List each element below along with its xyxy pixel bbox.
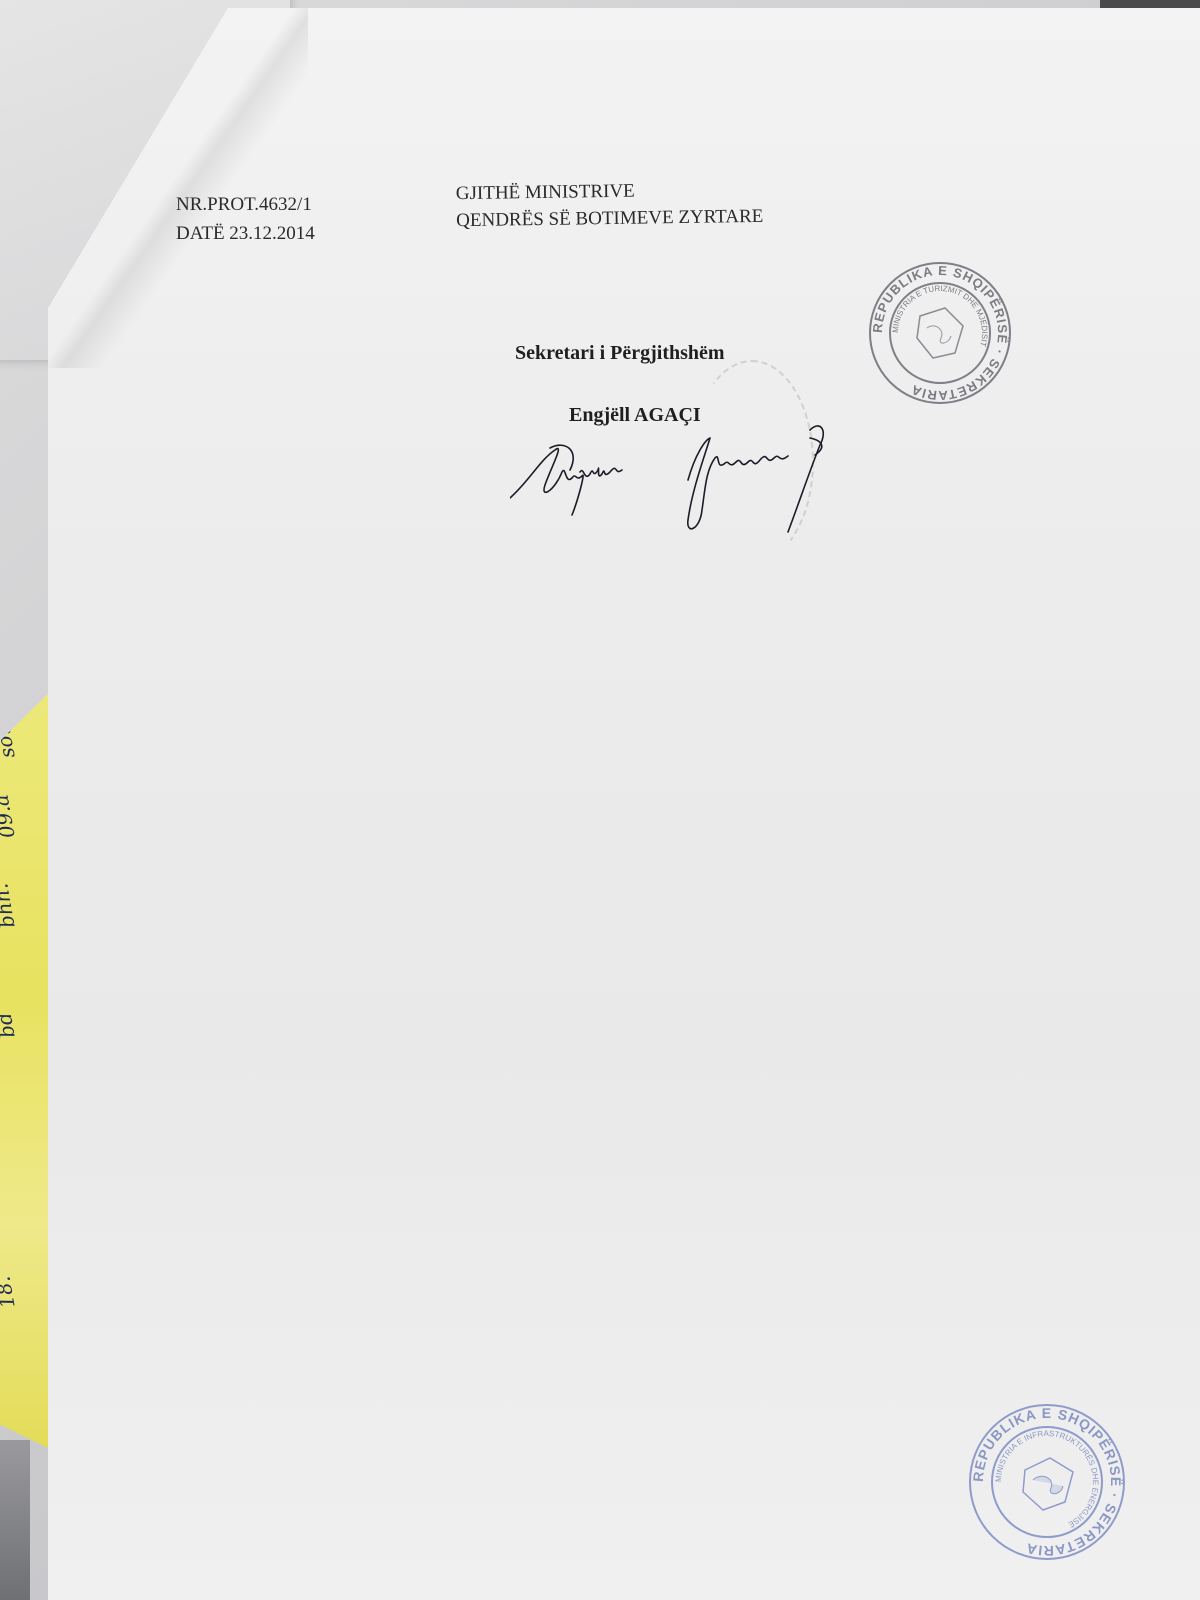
background-object bbox=[0, 1440, 30, 1600]
sticky-note-scrawl: 09.a bbox=[0, 796, 20, 840]
stamp-inner-text: MINISTRIA E TURIZMIT DHE MJEDISIT bbox=[891, 284, 989, 348]
sticky-note-scrawl: bhh. bbox=[0, 886, 20, 930]
signatory-block: Sekretari i Përgjithshëm Engjëll AGAÇI bbox=[515, 342, 725, 365]
sticky-note: sou. 09.a bhh. bd 18. bbox=[0, 690, 52, 1450]
sticky-note-scrawl: 18. bbox=[0, 1266, 20, 1310]
recipients-block: GJITHË MINISTRIVE QENDRËS SË BOTIMEVE ZY… bbox=[456, 176, 764, 234]
protocol-block: NR.PROT.4632/1 DATË 23.12.2014 bbox=[176, 190, 315, 248]
recipient: GJITHË MINISTRIVE bbox=[456, 176, 763, 207]
svg-text:MINISTRIA E TURIZMIT DHE MJEDI: MINISTRIA E TURIZMIT DHE MJEDISIT bbox=[891, 284, 989, 348]
coat-of-arms-icon bbox=[1023, 1458, 1073, 1510]
handwritten-signature bbox=[510, 410, 850, 550]
signatory-title: Sekretari i Përgjithshëm bbox=[515, 342, 725, 365]
sticky-note-scrawl: bd bbox=[0, 996, 20, 1040]
recipient: QENDRËS SË BOTIMEVE ZYRTARE bbox=[456, 203, 763, 234]
official-stamp-tourism: REPUBLIKA E SHQIPËRISË · SEKRETARIA MINI… bbox=[865, 258, 1015, 408]
document-date: DATË 23.12.2014 bbox=[176, 219, 315, 248]
protocol-number: NR.PROT.4632/1 bbox=[176, 190, 315, 219]
coat-of-arms-icon bbox=[917, 308, 963, 358]
official-stamp-infrastructure: REPUBLIKA E SHQIPËRISË · SEKRETARIA MINI… bbox=[965, 1400, 1130, 1565]
